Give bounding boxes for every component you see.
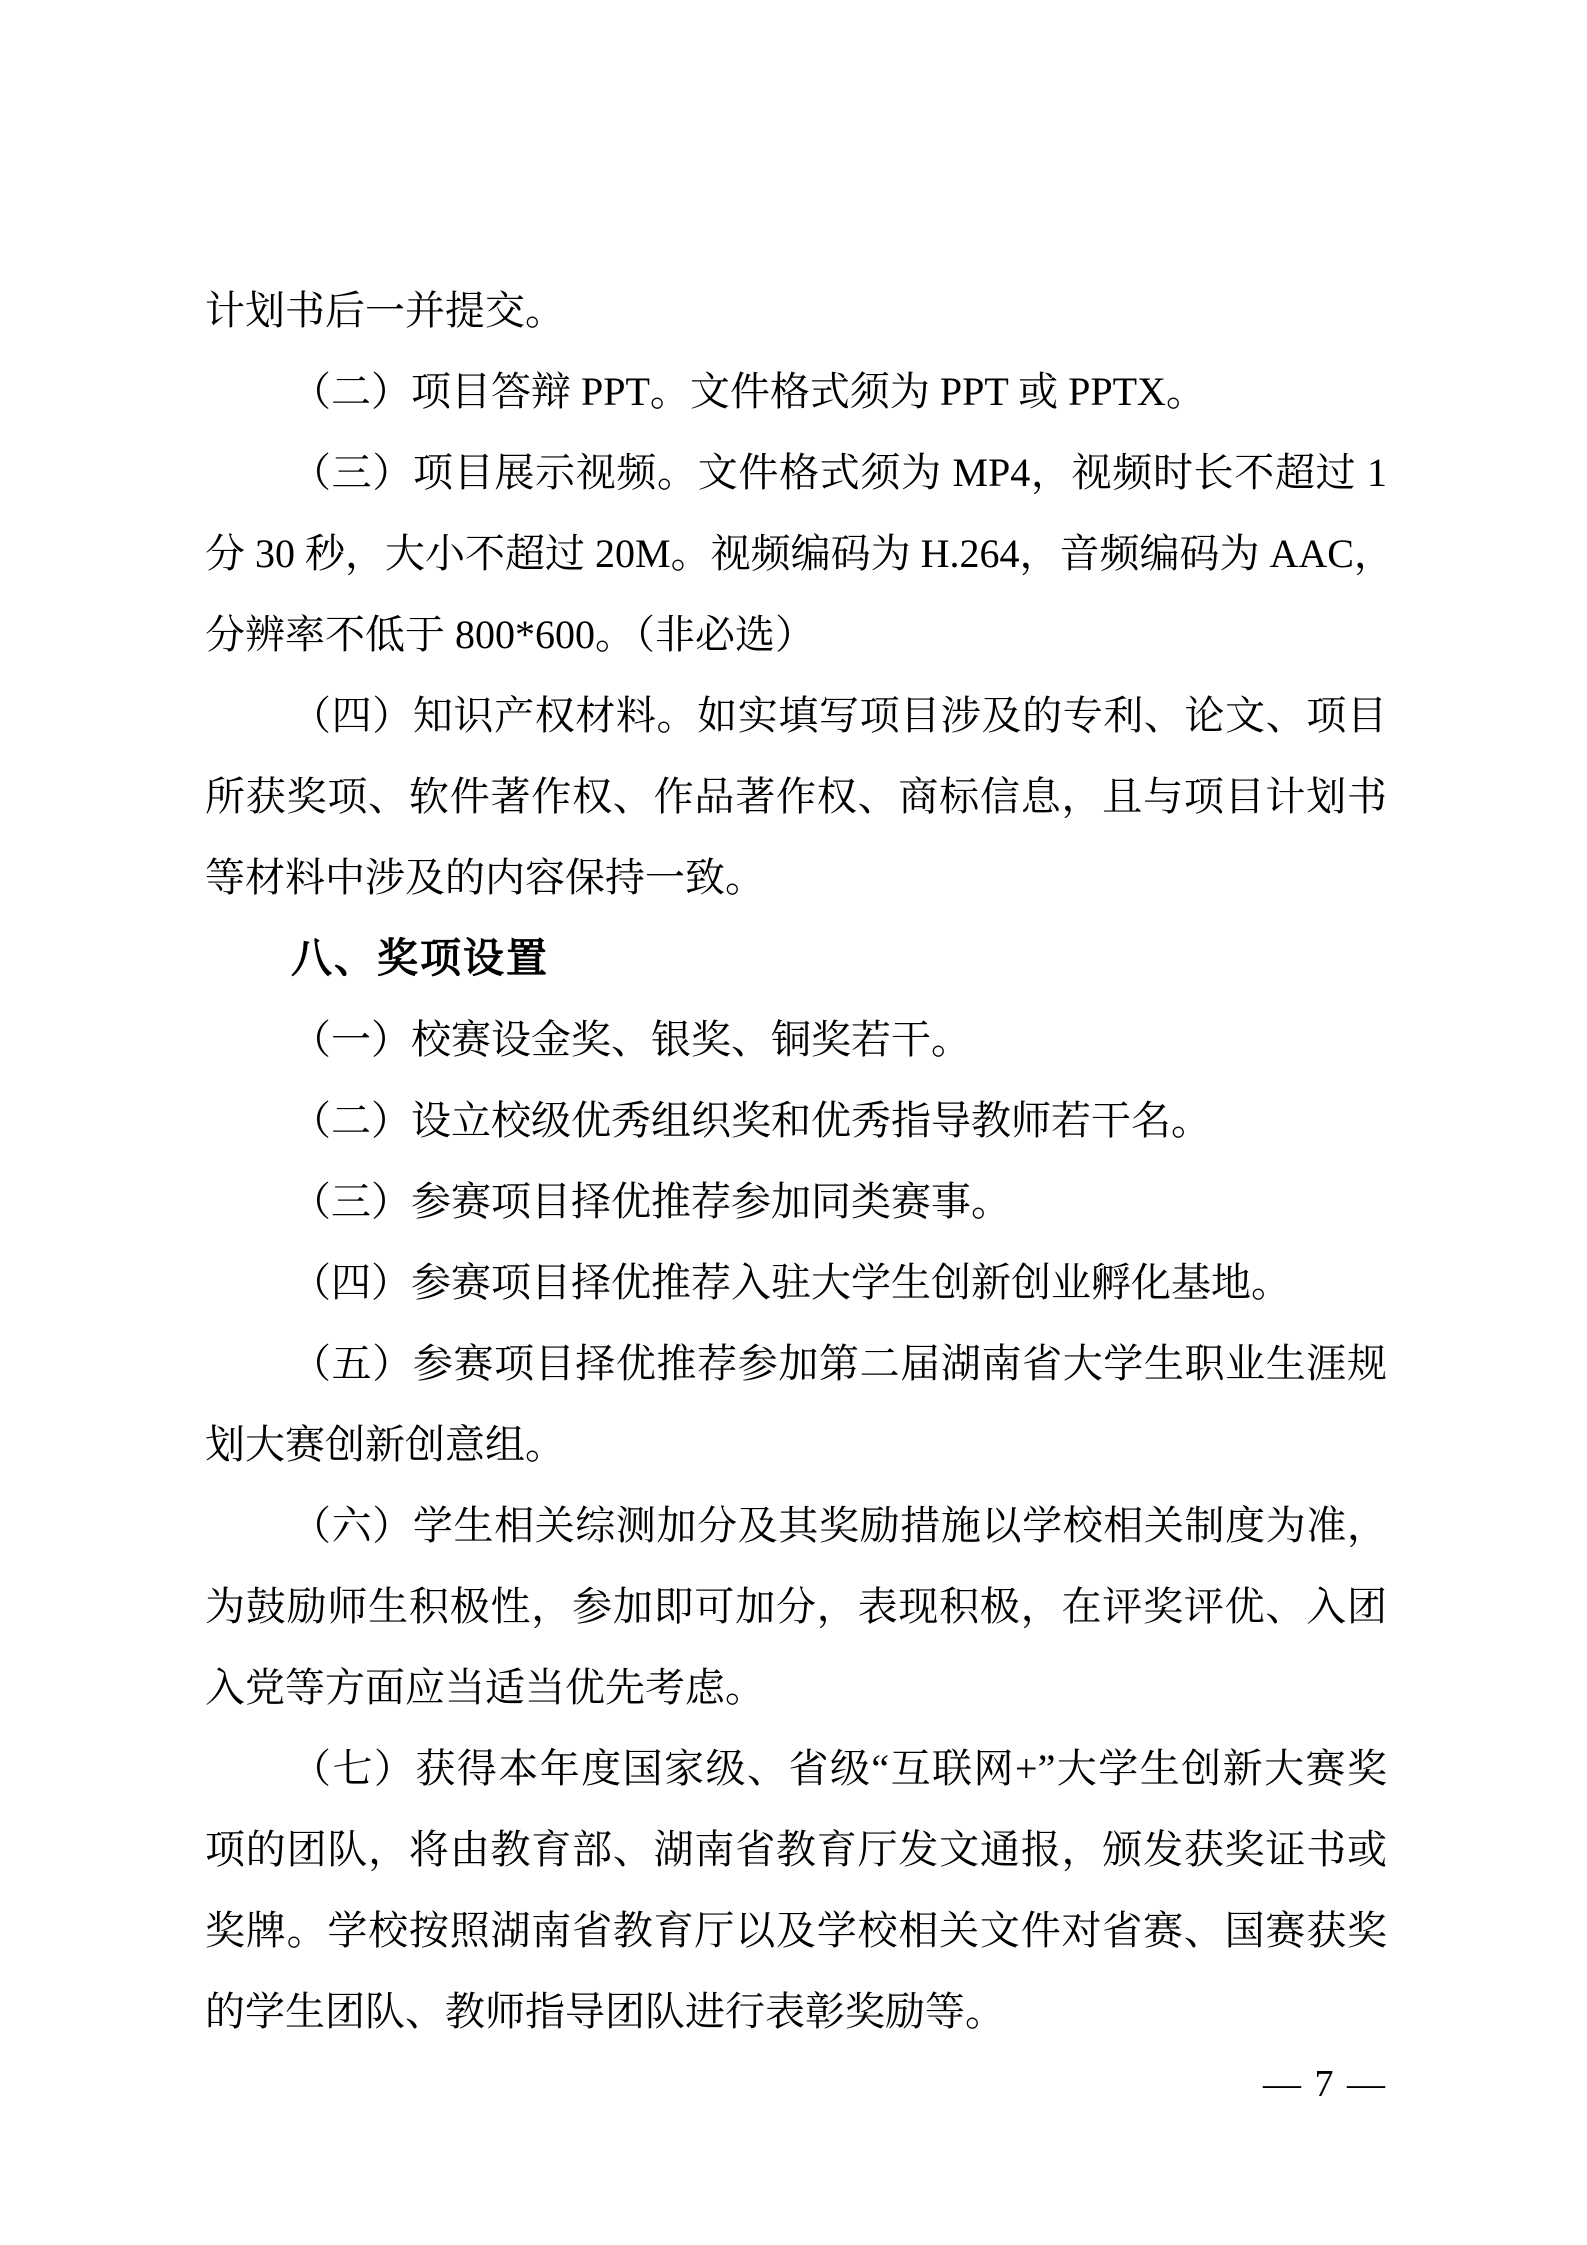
text-line: 入党等方面应当适当优先考虑。 (205, 1647, 1387, 1728)
document-page: 计划书后一并提交。 （二）项目答辩 PPT。文件格式须为 PPT 或 PPTX。… (0, 0, 1587, 2245)
text-line: （七）获得本年度国家级、省级“互联网+”大学生创新大赛奖 (205, 1728, 1387, 1809)
text-line: 计划书后一并提交。 (205, 270, 1387, 351)
text-line: （二）设立校级优秀组织奖和优秀指导教师若干名。 (205, 1080, 1387, 1161)
text-line: 奖牌。学校按照湖南省教育厅以及学校相关文件对省赛、国赛获奖 (205, 1890, 1387, 1971)
text-line: （六）学生相关综测加分及其奖励措施以学校相关制度为准， (205, 1485, 1387, 1566)
text-line: 八、奖项设置 (205, 918, 1387, 999)
text-line: 为鼓励师生积极性，参加即可加分，表现积极，在评奖评优、入团 (205, 1566, 1387, 1647)
text-line: （四）参赛项目择优推荐入驻大学生创新创业孵化基地。 (205, 1242, 1387, 1323)
text-line: 分 30 秒，大小不超过 20M。视频编码为 H.264，音频编码为 AAC， (205, 513, 1387, 594)
text-line: 分辨率不低于 800*600。（非必选） (205, 594, 1387, 675)
text-line: （二）项目答辩 PPT。文件格式须为 PPT 或 PPTX。 (205, 351, 1387, 432)
text-line: 项的团队，将由教育部、湖南省教育厅发文通报，颁发获奖证书或 (205, 1809, 1387, 1890)
text-line: 的学生团队、教师指导团队进行表彰奖励等。 (205, 1971, 1387, 2052)
text-line: （一）校赛设金奖、银奖、铜奖若干。 (205, 999, 1387, 1080)
text-line: 所获奖项、软件著作权、作品著作权、商标信息，且与项目计划书 (205, 756, 1387, 837)
page-number: — 7 — (1263, 2062, 1387, 2106)
text-line: （三）参赛项目择优推荐参加同类赛事。 (205, 1161, 1387, 1242)
text-line: （五）参赛项目择优推荐参加第二届湖南省大学生职业生涯规 (205, 1323, 1387, 1404)
text-line: （四）知识产权材料。如实填写项目涉及的专利、论文、项目 (205, 675, 1387, 756)
text-line: （三）项目展示视频。文件格式须为 MP4，视频时长不超过 1 (205, 432, 1387, 513)
document-body: 计划书后一并提交。 （二）项目答辩 PPT。文件格式须为 PPT 或 PPTX。… (205, 270, 1387, 2052)
text-line: 等材料中涉及的内容保持一致。 (205, 837, 1387, 918)
text-line: 划大赛创新创意组。 (205, 1404, 1387, 1485)
